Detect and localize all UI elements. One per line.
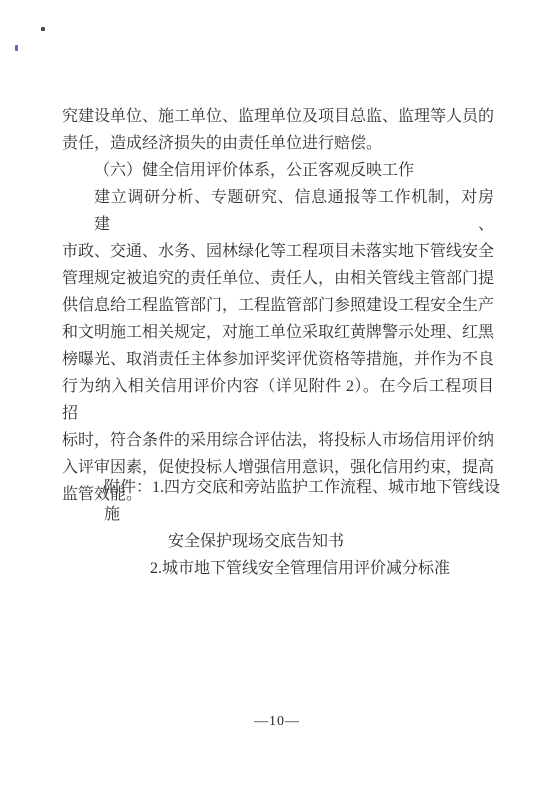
body-line: 行为纳入相关信用评价内容（详见附件 2）。在今后工程项目招 (62, 373, 494, 427)
body-line: 供信息给工程监管部门，工程监管部门参照建设工程安全生产 (62, 292, 494, 319)
body-line: 责任，造成经济损失的由责任单位进行赔偿。 (62, 130, 494, 157)
body-line: 标时，符合条件的采用综合评估法，将投标人市场信用评价纳 (62, 427, 494, 454)
body-line: 和文明施工相关规定，对施工单位采取红黄牌警示处理、红黑 (62, 319, 494, 346)
body-line: 究建设单位、施工单位、监理单位及项目总监、监理等人员的 (62, 103, 494, 130)
body-line: 市政、交通、水务、园林绿化等工程项目未落实地下管线安全 (62, 238, 494, 265)
scan-speck-blue (15, 45, 18, 51)
attachment-line: 安全保护现场交底告知书 (62, 528, 502, 555)
scanned-document-page: 究建设单位、施工单位、监理单位及项目总监、监理等人员的 责任，造成经济损失的由责… (0, 0, 554, 787)
attachment-line: 2.城市地下管线安全管理信用评价减分标准 (62, 555, 502, 582)
attachment-line: 附件：1.四方交底和旁站监护工作流程、城市地下管线设施 (62, 474, 502, 528)
section-heading: （六）健全信用评价体系，公正客观反映工作 (62, 157, 494, 184)
body-line: 建立调研分析、专题研究、信息通报等工作机制，对房建、 (62, 184, 494, 238)
body-line: 榜曝光、取消责任主体参加评奖评优资格等措施，并作为不良 (62, 346, 494, 373)
scan-speck-dark (41, 27, 45, 31)
body-line: 管理规定被追究的责任单位、责任人，由相关管线主管部门提 (62, 265, 494, 292)
document-body: 究建设单位、施工单位、监理单位及项目总监、监理等人员的 责任，造成经济损失的由责… (62, 103, 494, 508)
attachment-list: 附件：1.四方交底和旁站监护工作流程、城市地下管线设施 安全保护现场交底告知书 … (62, 474, 502, 582)
page-number: —10— (0, 714, 554, 730)
